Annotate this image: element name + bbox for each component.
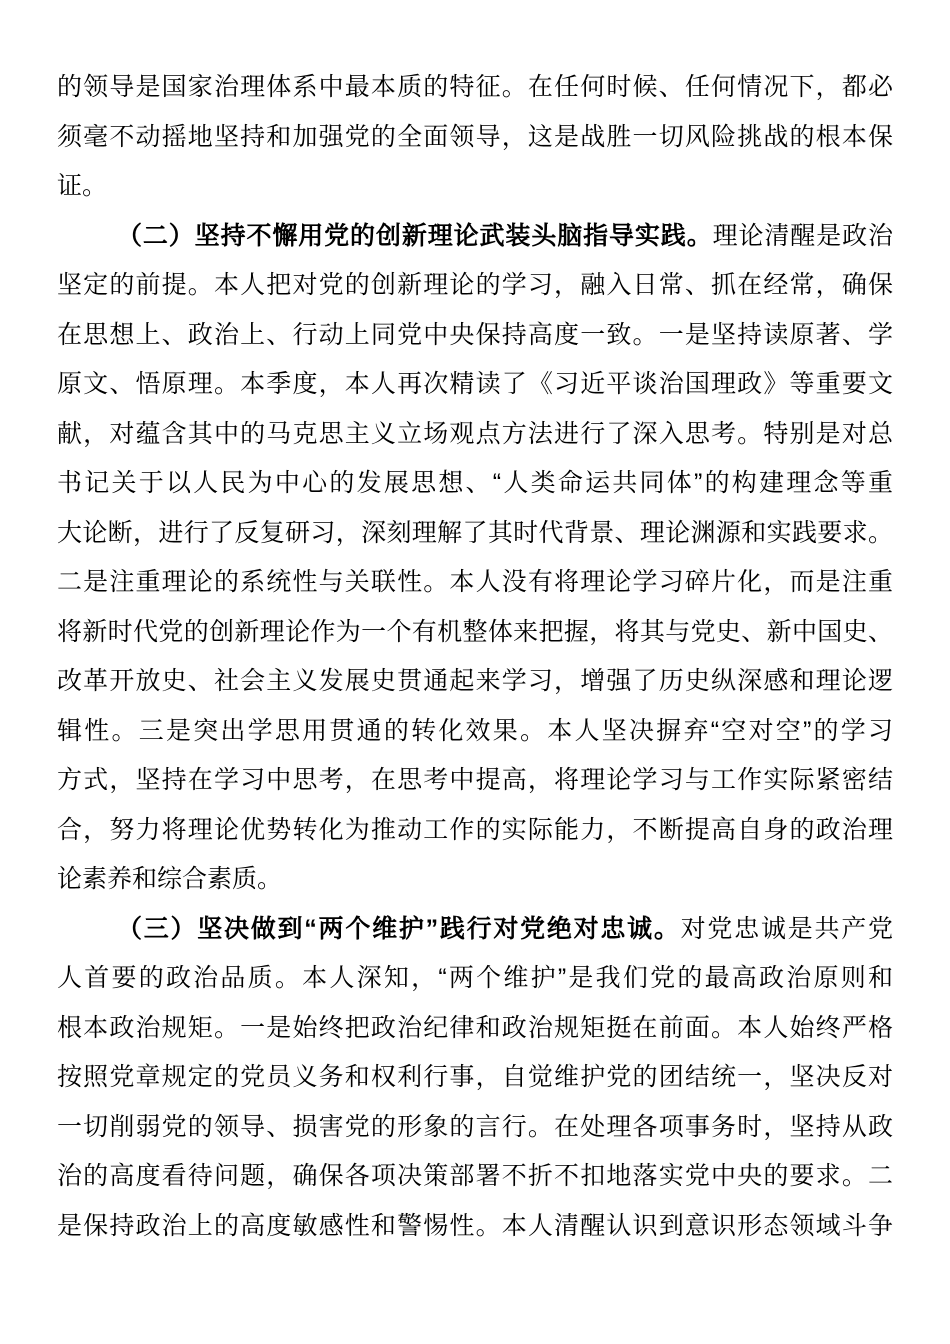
text-line: 根本政治规矩。一是始终把政治纪律和政治规矩挺在前面。本人始终严格: [57, 1004, 893, 1054]
body-text-run: 一切削弱党的领导、损害党的形象的言行。在处理各项事务时，坚持从政: [57, 1113, 893, 1141]
body-text-run: 在思想上、政治上、行动上同党中央保持高度一致。一是坚持读原著、学: [57, 321, 893, 349]
text-line: 改革开放史、社会主义发展史贯通起来学习，增强了历史纵深感和理论逻: [57, 657, 893, 707]
text-line: （二）坚持不懈用党的创新理论武装头脑指导实践。理论清醒是政治: [57, 212, 893, 262]
document-page: 的领导是国家治理体系中最本质的特征。在任何时候、任何情况下，都必须毫不动摇地坚持…: [0, 0, 950, 1344]
body-text-run: 将新时代党的创新理论作为一个有机整体来把握，将其与党史、新中国史、: [57, 618, 893, 646]
document-text-body: 的领导是国家治理体系中最本质的特征。在任何时候、任何情况下，都必须毫不动摇地坚持…: [57, 63, 893, 1251]
body-text-run: 理论清醒是政治: [713, 222, 893, 250]
body-text-run: 对党忠诚是共产党: [681, 915, 893, 943]
text-line: 证。: [57, 162, 893, 212]
text-line: 将新时代党的创新理论作为一个有机整体来把握，将其与党史、新中国史、: [57, 608, 893, 658]
text-line: 的领导是国家治理体系中最本质的特征。在任何时候、任何情况下，都必: [57, 63, 893, 113]
body-text-run: 书记关于以人民为中心的发展思想、“人类命运共同体”的构建理念等重: [57, 469, 893, 497]
text-line: 书记关于以人民为中心的发展思想、“人类命运共同体”的构建理念等重: [57, 459, 893, 509]
body-text-run: 坚定的前提。本人把对党的创新理论的学习，融入日常、抓在经常，确保: [57, 271, 893, 299]
text-line: 一切削弱党的领导、损害党的形象的言行。在处理各项事务时，坚持从政: [57, 1103, 893, 1153]
text-line: 原文、悟原理。本季度，本人再次精读了《习近平谈治国理政》等重要文: [57, 360, 893, 410]
text-line: 辑性。三是突出学思用贯通的转化效果。本人坚决摒弃“空对空”的学习: [57, 707, 893, 757]
body-text-run: 是保持政治上的高度敏感性和警惕性。本人清醒认识到意识形态领域斗争: [57, 1212, 893, 1240]
body-text-run: 原文、悟原理。本季度，本人再次精读了《习近平谈治国理政》等重要文: [57, 370, 893, 398]
text-line: 治的高度看待问题，确保各项决策部署不折不扣地落实党中央的要求。二: [57, 1152, 893, 1202]
body-text-run: 方式，坚持在学习中思考，在思考中提高，将理论学习与工作实际紧密结: [57, 766, 893, 794]
body-text-run: 证。: [57, 172, 107, 200]
body-text-run: 治的高度看待问题，确保各项决策部署不折不扣地落实党中央的要求。二: [57, 1162, 893, 1190]
text-line: 坚定的前提。本人把对党的创新理论的学习，融入日常、抓在经常，确保: [57, 261, 893, 311]
text-line: 是保持政治上的高度敏感性和警惕性。本人清醒认识到意识形态领域斗争: [57, 1202, 893, 1252]
text-line: 在思想上、政治上、行动上同党中央保持高度一致。一是坚持读原著、学: [57, 311, 893, 361]
text-line: （三）坚决做到“两个维护”践行对党绝对忠诚。对党忠诚是共产党: [57, 905, 893, 955]
body-text-run: 改革开放史、社会主义发展史贯通起来学习，增强了历史纵深感和理论逻: [57, 667, 893, 695]
body-text-run: 的领导是国家治理体系中最本质的特征。在任何时候、任何情况下，都必: [57, 73, 893, 101]
body-text-run: 二是注重理论的系统性与关联性。本人没有将理论学习碎片化，而是注重: [57, 568, 893, 596]
body-text-run: 人首要的政治品质。本人深知，“两个维护”是我们党的最高政治原则和: [57, 964, 893, 992]
body-text-run: 献，对蕴含其中的马克思主义立场观点方法进行了深入思考。特别是对总: [57, 420, 893, 448]
body-text-run: 大论断，进行了反复研习，深刻理解了其时代背景、理论渊源和实践要求。: [57, 519, 893, 547]
body-text-run: 须毫不动摇地坚持和加强党的全面领导，这是战胜一切风险挑战的根本保: [57, 123, 893, 151]
body-text-run: 合，努力将理论优势转化为推动工作的实际能力，不断提高自身的政治理: [57, 816, 893, 844]
text-line: 须毫不动摇地坚持和加强党的全面领导，这是战胜一切风险挑战的根本保: [57, 113, 893, 163]
body-text-run: 论素养和综合素质。: [57, 865, 282, 893]
text-line: 二是注重理论的系统性与关联性。本人没有将理论学习碎片化，而是注重: [57, 558, 893, 608]
paragraph-heading-run: （三）坚决做到“两个维护”践行对党绝对忠诚。: [117, 915, 681, 943]
text-line: 论素养和综合素质。: [57, 855, 893, 905]
body-text-run: 根本政治规矩。一是始终把政治纪律和政治规矩挺在前面。本人始终严格: [57, 1014, 893, 1042]
text-line: 献，对蕴含其中的马克思主义立场观点方法进行了深入思考。特别是对总: [57, 410, 893, 460]
text-line: 人首要的政治品质。本人深知，“两个维护”是我们党的最高政治原则和: [57, 954, 893, 1004]
paragraph-heading-run: （二）坚持不懈用党的创新理论武装头脑指导实践。: [117, 222, 713, 250]
text-line: 方式，坚持在学习中思考，在思考中提高，将理论学习与工作实际紧密结: [57, 756, 893, 806]
text-line: 按照党章规定的党员义务和权利行事，自觉维护党的团结统一，坚决反对: [57, 1053, 893, 1103]
text-line: 合，努力将理论优势转化为推动工作的实际能力，不断提高自身的政治理: [57, 806, 893, 856]
text-line: 大论断，进行了反复研习，深刻理解了其时代背景、理论渊源和实践要求。: [57, 509, 893, 559]
body-text-run: 辑性。三是突出学思用贯通的转化效果。本人坚决摒弃“空对空”的学习: [57, 717, 893, 745]
body-text-run: 按照党章规定的党员义务和权利行事，自觉维护党的团结统一，坚决反对: [57, 1063, 893, 1091]
